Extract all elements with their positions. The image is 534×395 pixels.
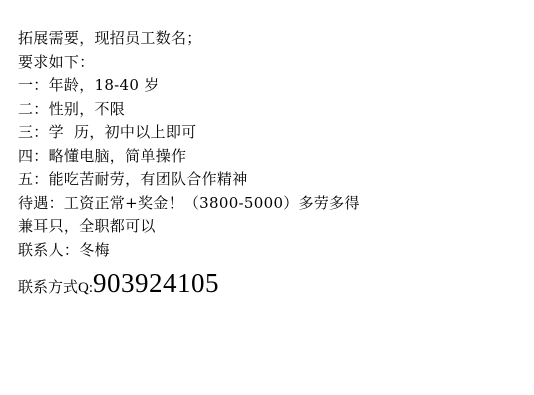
requirement-education: 三：学 历，初中以上即可 bbox=[18, 121, 360, 145]
requirement-teamwork: 五：能吃苦耐劳，有团队合作精神 bbox=[18, 168, 360, 192]
requirements-heading: 要求如下： bbox=[18, 51, 360, 75]
salary-line: 待遇：工资正常+奖金！（3800-5000）多劳多得 bbox=[18, 192, 360, 216]
intro-line: 拓展需要，现招员工数名； bbox=[18, 27, 360, 51]
qq-number: 903924105 bbox=[93, 268, 219, 299]
requirement-age: 一：年龄，18-40 岁 bbox=[18, 74, 360, 98]
job-posting: 拓展需要，现招员工数名； 要求如下： 一：年龄，18-40 岁 二：性别，不限 … bbox=[18, 27, 360, 299]
contact-person: 联系人：冬梅 bbox=[18, 239, 360, 263]
qq-label: Q: bbox=[78, 280, 93, 297]
requirement-gender: 二：性别，不限 bbox=[18, 98, 360, 122]
job-type-line: 兼耳只，全职都可以 bbox=[18, 215, 360, 239]
contact-label: 联系方式 bbox=[18, 276, 78, 297]
contact-method: 联系方式 Q: 903924105 bbox=[18, 268, 360, 299]
requirement-computer: 四：略懂电脑，简单操作 bbox=[18, 145, 360, 169]
